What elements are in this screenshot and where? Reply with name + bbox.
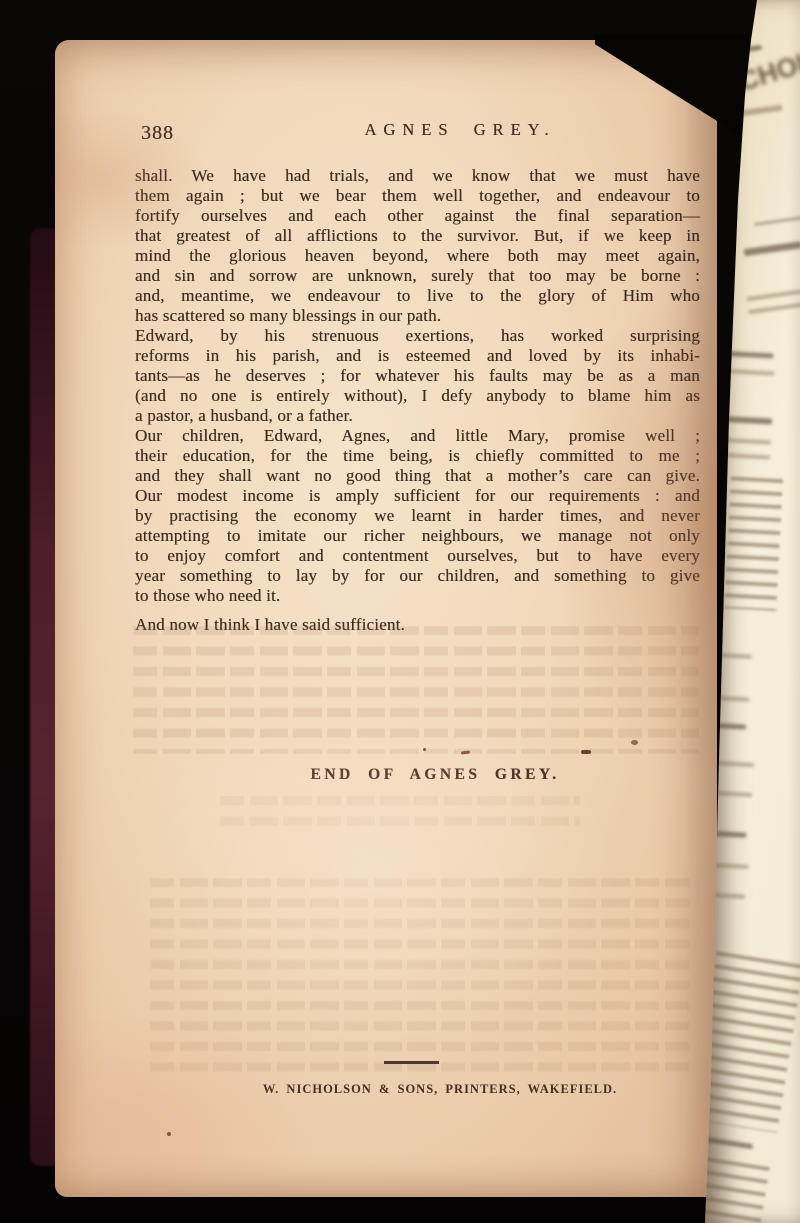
- show-through-text: [220, 796, 580, 830]
- text-line: mind the glorious heaven beyond, where b…: [135, 246, 700, 266]
- text-line: shall. We have had trials, and we know t…: [135, 166, 700, 186]
- text-line: a pastor, a husband, or a father.: [135, 406, 700, 426]
- paragraph: shall. We have had trials, and we know t…: [135, 166, 700, 326]
- text-line: has scattered so many blessings in our p…: [135, 306, 700, 326]
- text-line: reforms in his parish, and is esteemed a…: [135, 346, 700, 366]
- printer-imprint: W. NICHOLSON & SONS, PRINTERS, WAKEFIELD…: [155, 1082, 725, 1097]
- end-of-book-line: END OF AGNES GREY.: [150, 766, 720, 784]
- text-line: And now I think I have said sufficient.: [135, 615, 700, 635]
- blurred-ad-line: [708, 415, 772, 424]
- book-page: 388 AGNES GREY. shall. We have had trial…: [55, 40, 717, 1197]
- blurred-ad-line: [711, 437, 771, 444]
- show-through-text: [150, 878, 690, 1078]
- text-line: by practising the economy we learnt in h…: [135, 506, 700, 526]
- text-line: to enjoy comfort and contentment ourselv…: [135, 546, 700, 566]
- text-line: to those who need it.: [135, 586, 700, 606]
- blurred-ad-line: [713, 350, 773, 358]
- ink-speck: [581, 750, 591, 754]
- text-line: and, meantime, we endeavour to live to t…: [135, 286, 700, 306]
- running-header: AGNES GREY.: [175, 120, 745, 140]
- paragraph: And now I think I have said sufficient.: [135, 615, 700, 635]
- page-number: 388: [141, 122, 174, 145]
- text-line: them again ; but we bear them well toget…: [135, 186, 700, 206]
- adjacent-page-ad-text: [726, 1, 800, 6]
- text-line: Our modest income is amply sufficient fo…: [135, 486, 700, 506]
- text-line: and they shall want no good thing that a…: [135, 466, 700, 486]
- text-line: that greatest of all afflictions to the …: [135, 226, 700, 246]
- paragraph: Edward, by his strenuous exertions, has …: [135, 326, 700, 426]
- text-line: tants—as he deserves ; for whatever his …: [135, 366, 700, 386]
- adjacent-page-edge: NICHOLS: [705, 0, 800, 1223]
- ink-speck: [461, 750, 470, 754]
- text-line: Our children, Edward, Agnes, and little …: [135, 426, 700, 446]
- blurred-ad-line: [705, 1135, 753, 1149]
- blurred-ad-block: [705, 1154, 770, 1223]
- text-line: fortify ourselves and each other against…: [135, 206, 700, 226]
- text-line: Edward, by his strenuous exertions, has …: [135, 326, 700, 346]
- text-line: attempting to imitate our richer neighbo…: [135, 526, 700, 546]
- book-photograph: 388 AGNES GREY. shall. We have had trial…: [0, 0, 800, 1223]
- blurred-ad-line: [710, 452, 770, 459]
- blurred-ad-line: [746, 289, 800, 302]
- blurred-ad-line: [716, 369, 774, 376]
- show-through-text: [133, 626, 699, 754]
- adjacent-page-ad-text: NICHOLS: [705, 0, 791, 3]
- blurred-ad-line: [748, 302, 800, 315]
- ink-speck: [631, 740, 638, 745]
- printer-rule: [384, 1061, 439, 1064]
- paragraph: Our children, Edward, Agnes, and little …: [135, 426, 700, 606]
- ink-speck: [167, 1132, 171, 1136]
- text-line: their education, for the time being, is …: [135, 446, 700, 466]
- body-text: shall. We have had trials, and we know t…: [135, 166, 700, 635]
- ink-speck: [423, 748, 426, 751]
- blurred-ad-block: [705, 951, 800, 1133]
- blurred-ad-line: [754, 216, 800, 225]
- blurred-ad-block: [724, 476, 783, 611]
- text-line: and sin and sorrow are unknown, surely t…: [135, 266, 700, 286]
- text-line: (and no one is entirely without), I defy…: [135, 386, 700, 406]
- text-line: year something to lay by for our childre…: [135, 566, 700, 586]
- blurred-ad-line: [744, 241, 800, 256]
